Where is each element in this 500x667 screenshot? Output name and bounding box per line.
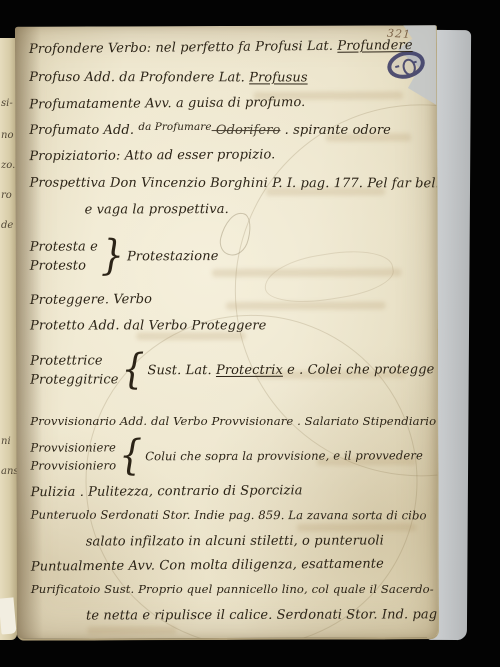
brace-glyph: } [101, 236, 124, 277]
manuscript-line: ProtettriceProteggitrice{Sust. Lat. Prot… [30, 351, 434, 388]
show-through-text [297, 523, 417, 531]
manuscript-line: Puntualmente Avv. Con molta diligenza, e… [31, 557, 384, 575]
manuscript-page: 321 Profondere Verbo: nel perfetto fa Pr… [15, 25, 439, 640]
entry-text: da Profumare [138, 121, 211, 133]
facing-page-fragment: ni [1, 436, 17, 447]
manuscript-line: Protetto Add. dal Verbo Proteggere [30, 318, 267, 333]
manuscript-line: Punteruolo Serdonati Stor. Indie pag. 85… [31, 508, 427, 523]
entry-text: Profusus [249, 70, 308, 85]
entry-text: Provvisionario Add. dal Verbo Provvision… [30, 414, 436, 428]
entry-text: Punteruolo Serdonati Stor. Indie pag. 85… [31, 508, 427, 523]
entry-definition: Colui che sopra la provvisione, e il pro… [145, 448, 423, 463]
entry-text: Protestazione [127, 249, 219, 264]
entry-text: Propiziatorio: Atto ad esser propizio. [29, 147, 275, 164]
entry-text: Purificatoio Sust. Proprio quel pannicel… [31, 582, 434, 596]
manuscript-line: e vaga la prospettiva. [85, 202, 229, 218]
entry-text: Odorifero [212, 123, 281, 138]
entry-definition: Sust. Lat. Protectrix e . Colei che prot… [148, 362, 435, 378]
entry-text: Protetto Add. dal Verbo Proteggere [30, 318, 267, 333]
manuscript-line: Profumatamente Avv. a guisa di profumo. [29, 95, 305, 112]
entry-text: Sust. Lat. [148, 363, 216, 378]
entry-text: Colui che sopra la provvisione, e il pro… [145, 448, 423, 463]
show-through-text [87, 626, 177, 634]
show-through-text [212, 268, 402, 277]
entry-text: Profondere Verbo: nel perfetto fa Profus… [29, 39, 337, 57]
manuscript-line: Profuso Add. da Profondere Lat. Profusus [29, 70, 308, 85]
entry-text: Profuso Add. da Profondere Lat. [29, 70, 249, 85]
entry-text: Profundere [337, 38, 412, 54]
facing-page-fragment: de [1, 220, 17, 231]
manuscript-line: Proteggere. Verbo [30, 292, 152, 308]
manuscript-line: Prospettiva Don Vincenzio Borghini P. I.… [29, 176, 439, 192]
entry-text: e . Colei che protegge [283, 362, 435, 378]
entry-headword: Protettrice [30, 353, 118, 368]
entry-text: te netta e ripulisce il calice. Serdonat… [86, 607, 439, 623]
manuscript-line: te netta e ripulisce il calice. Serdonat… [86, 607, 439, 623]
entry-headword: Provvisioniere [30, 440, 116, 454]
entry-definition: Protestazione [127, 249, 219, 264]
entry-text: Proteggere. Verbo [30, 292, 152, 308]
manuscript-line: salato infilzato in alcuni stiletti, o p… [86, 533, 384, 549]
manuscript-photo: si-nozo.rodeniansmi 321 Profondere Verbo… [0, 0, 500, 667]
manuscript-line: Profumato Add. da Profumare Odorifero . … [29, 121, 391, 138]
manuscript-line: Provvisionario Add. dal Verbo Provvision… [30, 414, 436, 428]
manuscript-line: Profondere Verbo: nel perfetto fa Profus… [29, 38, 413, 57]
entry-text: Profumato Add. [29, 123, 138, 138]
entry-text: Puntualmente Avv. Con molta diligenza, e… [31, 557, 384, 575]
manuscript-lines: Profondere Verbo: nel perfetto fa Profus… [15, 25, 436, 26]
manuscript-line: ProvvisioniereProvvisioniero{Colui che s… [30, 437, 423, 474]
manuscript-line: Purificatoio Sust. Proprio quel pannicel… [31, 582, 434, 596]
brace-glyph: { [121, 350, 144, 391]
entry-text: salato infilzato in alcuni stiletti, o p… [86, 533, 384, 549]
entry-text: Pulizia . Pulitezza, contrario di Sporci… [31, 483, 303, 500]
entry-headword: Proteggitrice [30, 372, 118, 387]
entry-headword: Provvisioniero [30, 458, 116, 472]
manuscript-line: Pulizia . Pulitezza, contrario di Sporci… [31, 483, 303, 500]
entry-text: . spirante odore [280, 123, 391, 138]
entry-text: Protectrix [216, 362, 283, 377]
entry-headword: Protesta e [30, 239, 98, 254]
manuscript-line: Propiziatorio: Atto ad esser propizio. [29, 147, 275, 164]
facing-page-fragment: ans [1, 466, 17, 477]
entry-text: e vaga la prospettiva. [85, 202, 229, 218]
entry-headword: Protesto [30, 258, 98, 273]
manuscript-line: Protesta eProtesto}Protestazione [30, 238, 219, 275]
show-through-text [226, 301, 386, 310]
entry-text: Profumatamente Avv. a guisa di profumo. [29, 95, 305, 112]
entry-text: Prospettiva Don Vincenzio Borghini P. I.… [29, 176, 439, 192]
brace-glyph: { [119, 436, 142, 477]
